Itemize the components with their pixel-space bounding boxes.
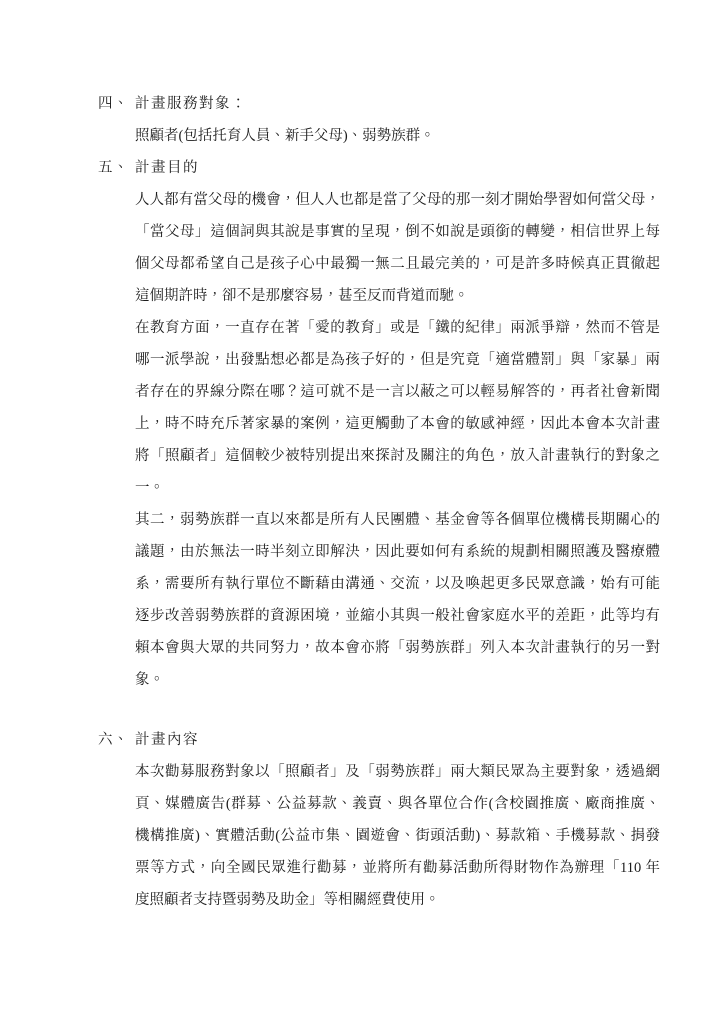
document-line: 賴本會與大眾的共同努力，故本會亦將「弱勢族群」列入本次計畫執行的另一對 xyxy=(135,632,660,664)
document-line: 一。 xyxy=(135,472,660,504)
document-line: 「當父母」這個詞與其說是事實的呈現，倒不如說是頭銜的轉變，相信世界上每 xyxy=(135,216,660,248)
document-line: 其二，弱勢族群一直以來都是所有人民團體、基金會等各個單位機構長期關心的 xyxy=(135,504,660,536)
document-page: 四、計畫服務對象：照顧者(包括托育人員、新手父母)、弱勢族群。五、計畫目的人人都… xyxy=(0,0,724,1024)
document-line: 度照顧者支持暨弱勢及助金」等相關經費使用。 xyxy=(135,884,660,916)
section-title: 計畫目的 xyxy=(135,152,199,184)
document-line: 哪一派學說，出發點想必都是為孩子好的，但是究竟「適當體罰」與「家暴」兩 xyxy=(135,344,660,376)
section-title: 計畫內容 xyxy=(135,724,199,756)
section-number: 四、 xyxy=(98,88,135,120)
document-line: 上，時不時充斥著家暴的案例，這更觸動了本會的敏感神經，因此本會本次計畫 xyxy=(135,408,660,440)
section-heading: 五、計畫目的 xyxy=(98,152,664,184)
document-line: 機構推廣)、實體活動(公益市集、園遊會、街頭活動)、募款箱、手機募款、捐發 xyxy=(135,820,660,852)
document-line: 逐步改善弱勢族群的資源困境，並縮小其與一般社會家庭水平的差距，此等均有 xyxy=(135,600,660,632)
document-line: 議題，由於無法一時半刻立即解決，因此要如何有系統的規劃相關照護及醫療體 xyxy=(135,536,660,568)
section-heading: 四、計畫服務對象： xyxy=(98,88,664,120)
document-line: 人人都有當父母的機會，但人人也都是當了父母的那一刻才開始學習如何當父母， xyxy=(135,184,660,216)
document-line: 照顧者(包括托育人員、新手父母)、弱勢族群。 xyxy=(135,120,660,152)
document-line: 頁、媒體廣告(群募、公益募款、義賣、與各單位合作(含校園推廣、廠商推廣、 xyxy=(135,788,660,820)
paragraph-spacer xyxy=(98,696,664,724)
document-line: 在教育方面，一直存在著「愛的教育」或是「鐵的紀律」兩派爭辯，然而不管是 xyxy=(135,312,660,344)
document-line: 系，需要所有執行單位不斷藉由溝通、交流，以及喚起更多民眾意識，始有可能 xyxy=(135,568,660,600)
document-line: 個父母都希望自己是孩子心中最獨一無二且最完美的，可是許多時候真正貫徹起 xyxy=(135,248,660,280)
document-line: 象。 xyxy=(135,664,660,696)
section-number: 六、 xyxy=(98,724,135,756)
document-line: 將「照顧者」這個較少被特別提出來探討及關注的角色，放入計畫執行的對象之 xyxy=(135,440,660,472)
section-number: 五、 xyxy=(98,152,135,184)
document-line: 者存在的界線分際在哪？這可就不是一言以蔽之可以輕易解答的，再者社會新聞 xyxy=(135,376,660,408)
document-line: 這個期許時，卻不是那麼容易，甚至反而背道而馳。 xyxy=(135,280,660,312)
section-heading: 六、計畫內容 xyxy=(98,724,664,756)
section-title: 計畫服務對象： xyxy=(135,88,247,120)
document-line: 本次勸募服務對象以「照顧者」及「弱勢族群」兩大類民眾為主要對象，透過網 xyxy=(135,756,660,788)
document-line: 票等方式，向全國民眾進行勸募，並將所有勸募活動所得財物作為辦理「110 年 xyxy=(135,852,660,884)
